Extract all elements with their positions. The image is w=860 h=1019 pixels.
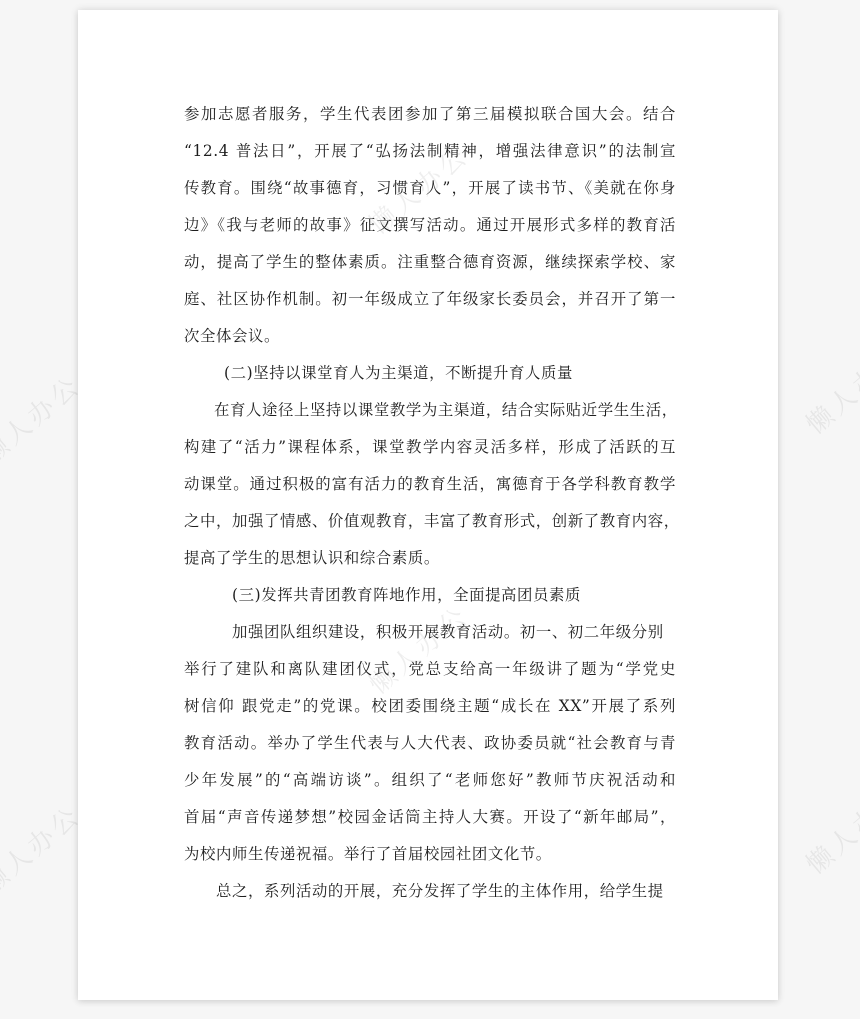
text-line: 教育活动。举办了学生代表与人大代表、政协委员就“社会教育与青 [184, 733, 676, 753]
text-line: 动，提高了学生的整体素质。注重整合德育资源，继续探索学校、家 [184, 252, 676, 272]
text-line: 在育人途径上坚持以课堂教学为主渠道，结合实际贴近学生生活， [214, 400, 678, 420]
text-line: 首届“声音传递梦想”校园金话筒主持人大赛。开设了“新年邮局”， [184, 807, 676, 827]
text-line: 提高了学生的思想认识和综合素质。 [184, 548, 440, 568]
document-page: 参加志愿者服务，学生代表团参加了第三届模拟联合国大会。结合“12.4 普法日”，… [78, 10, 778, 1000]
text-line: 传教育。围绕“故事德育，习惯育人”，开展了读书节、《美就在你身 [184, 178, 676, 198]
watermark: 懒人办公 [0, 366, 88, 471]
text-line: (二)坚持以课堂育人为主渠道，不断提升育人质量 [224, 363, 573, 383]
text-line: 少年发展”的“高端访谈”。组织了“老师您好”教师节庆祝活动和 [184, 770, 676, 790]
text-line: “12.4 普法日”，开展了“弘扬法制精神，增强法律意识”的法制宣 [184, 141, 676, 161]
text-line: 边》《我与老师的故事》征文撰写活动。通过开展形式多样的教育活 [184, 215, 676, 235]
document-viewer[interactable]: 懒人办公 懒人办公 懒人办公 懒人办公 参加志愿者服务，学生代表团参加了第三届模… [0, 0, 860, 1019]
text-line: 参加志愿者服务，学生代表团参加了第三届模拟联合国大会。结合 [184, 104, 676, 124]
text-line: 举行了建队和离队建团仪式，党总支给高一年级讲了题为“学党史 [184, 659, 676, 679]
watermark: 懒人办公 [797, 336, 860, 441]
text-line: 动课堂。通过积极的富有活力的教育生活，寓德育于各学科教育教学 [184, 474, 676, 494]
text-line: 总之，系列活动的开展，充分发挥了学生的主体作用，给学生提 [216, 881, 664, 901]
text-line: 之中，加强了情感、价值观教育，丰富了教育形式，创新了教育内容， [184, 511, 676, 531]
text-line: 加强团队组织建设，积极开展教育活动。初一、初二年级分别 [232, 622, 664, 642]
text-line: 庭、社区协作机制。初一年级成立了年级家长委员会，并召开了第一 [184, 289, 676, 309]
text-line: (三)发挥共青团教育阵地作用，全面提高团员素质 [232, 585, 581, 605]
watermark: 懒人办公 [360, 596, 476, 701]
text-line: 树信仰 跟党走”的党课。校团委围绕主题“成长在 XX”开展了系列 [184, 696, 676, 716]
watermark: 懒人办公 [797, 776, 860, 881]
watermark: 懒人办公 [0, 796, 88, 901]
text-line: 次全体会议。 [184, 326, 280, 346]
text-line: 构建了“活力”课程体系，课堂教学内容灵活多样，形成了活跃的互 [184, 437, 676, 457]
text-line: 为校内师生传递祝福。举行了首届校园社团文化节。 [184, 844, 552, 864]
